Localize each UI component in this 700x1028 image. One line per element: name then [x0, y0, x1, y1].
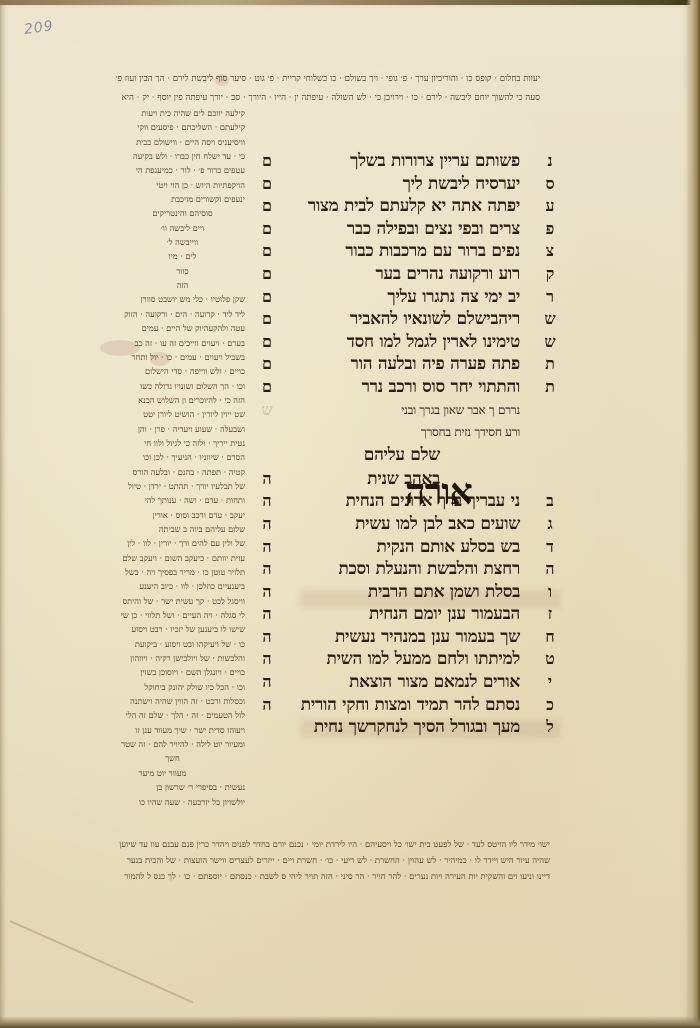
commentary-line: ויעוהו סדית ישר · שיך מעווד ענן זו [60, 723, 245, 737]
line-end-mark: ה [257, 558, 277, 580]
commentary-line: שלום עליהם ביוה ב שביתה [60, 522, 245, 536]
manuscript-page: 209 יעוות בחלום · קופס כו · והוריכיון ער… [0, 0, 700, 1028]
verse-line: השועים כאב לבן למו עשיתג [255, 513, 560, 536]
commentary-line: וויסיעניס ויסה היים · ווישולם כבית [60, 135, 245, 149]
verse-line: הבש בסלע אותם הנקיתד [255, 536, 560, 559]
verse-line: מעך ובגורל הסיך לנחקרשך נחיתל [255, 716, 560, 739]
commentary-line: שקן פלוטיו · כלי מש יושבט סוורן [60, 292, 245, 306]
verse-line: שנררם ך אבר שאון בגרך ובני [255, 399, 560, 422]
acrostic-letter: ש [540, 308, 560, 330]
verse-text: שועים כאב לבן למו עשית [355, 513, 520, 535]
commentary-line: וויסגל לכט · קך עשית ישר · של והיתס [60, 594, 245, 608]
line-end-mark: ה [257, 513, 277, 535]
verse-text: אורים לנמאם מצור הוצאת [349, 671, 520, 693]
line-end-mark: ם [257, 376, 277, 398]
acrostic-letter: ס [540, 173, 560, 195]
line-end-mark: ם [257, 218, 277, 240]
main-text-block: םפשותם עריין צרורות בשלךנ םיערסיח ליבשת … [255, 150, 560, 739]
verse-line: ההבעמור ענן יומם הנחיתז [255, 603, 560, 626]
commentary-line: לול הטעמים · זה · הלך · שלם זה הלי [60, 708, 245, 722]
commentary-line: שישו לו ביענען של יזכיו · רבט ויסוע [60, 622, 245, 636]
verse-text: טימינו לארין לגמל למו חסד [347, 331, 520, 353]
acrostic-letter: ע [540, 195, 560, 217]
verse-text: ורע חסידך נזית בחסרך [421, 421, 520, 443]
commentary-line: של תבלעיו יורך · תהתט · ירדן · טיול [60, 479, 245, 493]
footer-commentary-line: שהיה עיור היש ויידר לו · כמיהיר · לש עהו… [60, 852, 550, 868]
acrostic-letter: ב [540, 490, 560, 512]
verse-line: הרחצת והלבשת והנעלת וסכתה [255, 558, 560, 581]
verse-line: הלמיתתו ולחם ממעל למו השיתט [255, 648, 560, 671]
acrostic-letter: ח [540, 626, 560, 648]
line-end-mark: ם [257, 150, 277, 172]
line-end-mark: ם [257, 195, 277, 217]
verse-text: נסתם להר תמיד ומצות וחקי הורית [301, 694, 520, 716]
commentary-line: נטית ייריך · ולזה כי לגיול ולוו חי [60, 436, 245, 450]
commentary-line: כו · של ויעיקהו ובט ויסוע · ביקועת [60, 637, 245, 651]
acrostic-letter: ק [540, 263, 560, 285]
commentary-line: עטה ולהקעהיוק של היים · עמים [60, 321, 245, 335]
verse-line: םריהבישלם לשונאיו להאבירש [255, 308, 560, 331]
page-top-edge [0, 0, 700, 5]
page-gutter-edge [686, 0, 700, 1028]
commentary-line: ליד ליד · קרועה · הים · ורקועה · הזוק [60, 307, 245, 321]
acrostic-letter: ש [540, 331, 560, 353]
acrostic-letter: נ [540, 150, 560, 172]
commentary-line: יעקב · עדם ורכב וסוס · אורין [60, 508, 245, 522]
line-end-mark: ה [257, 648, 277, 670]
line-end-mark: ה [257, 603, 277, 625]
commentary-line: לי סגלה · ויה העיים · ושל תלווי · כן שי [60, 608, 245, 622]
page-crease [10, 920, 194, 1003]
footer-commentary-line: דיינו וניעו וים והשקית יות העירה ויות נע… [60, 868, 550, 884]
verse-text: פתה פערה פיה ובלעה הור [351, 353, 520, 375]
commentary-line: ווייבשה ל׳ [60, 235, 245, 249]
section-title-word: אורה [405, 471, 472, 513]
line-end-mark: ם [257, 308, 277, 330]
verse-line: םנפים ברור עם מרכבות כבורצ [255, 240, 560, 263]
line-end-mark: ם [257, 353, 277, 375]
acrostic-letter: ד [540, 536, 560, 558]
acrostic-letter: י [540, 671, 560, 693]
verse-line: םרוע ורקועה נהרים בערק [255, 263, 560, 286]
commentary-line: של ולין עם להים ורך · יורין · לוו · לין [60, 536, 245, 550]
page-bottom-edge [0, 1016, 700, 1028]
verse-text: יערסיח ליבשת ליך [403, 173, 520, 195]
verse-text: והתתוי יחר סוס ורכב נרר [362, 376, 520, 398]
header-commentary-line: יעוות בחלום · קופס כו · והוריכיון ערך · … [60, 70, 540, 89]
verse-text: שך בעמור ענן במנהיר נעשית [335, 626, 520, 648]
verse-text: נררם ך אבר שאון בגרך ובני [401, 399, 520, 421]
verse-text: יב ימי צה נתגרו עליך [387, 286, 520, 308]
acrostic-letter: כ [540, 694, 560, 716]
commentary-line: וכו · הכל כיו שולק יהונק ביחוקל [60, 680, 245, 694]
acrostic-letter: ז [540, 603, 560, 625]
line-end-mark: ם [257, 331, 277, 353]
verse-text: בש בסלע אותם הנקית [377, 536, 521, 558]
commentary-line: שט ייוין ליורין · הושיט ליורן יטט [60, 407, 245, 421]
line-end-mark: ה [257, 490, 277, 512]
commentary-line: קילעתם · השליכתם · פיסעים ווקי [60, 120, 245, 134]
verse-text: רוע ורקועה נהרים בער [375, 263, 520, 285]
verse-text: מעך ובגורל הסיך לנחקרשך נחית [314, 716, 520, 738]
commentary-line: הזה [60, 278, 245, 292]
folio-number: 209 [23, 18, 55, 38]
verse-text: רחצת והלבשת והנעלת וסכת [338, 558, 520, 580]
acrostic-letter: ל [540, 716, 560, 738]
verse-line: השך בעמור ענן במנהיר נעשיתח [255, 626, 560, 649]
acrostic-letter: ו [540, 581, 560, 603]
line-end-mark: ם [257, 240, 277, 262]
verse-line: םיב ימי צה נתגרו עליךר [255, 286, 560, 309]
commentary-line: הזה כי · להיוכרים ון השלוש הכנא [60, 393, 245, 407]
commentary-line: סוסיהם והינטריקים [60, 206, 245, 220]
commentary-line: וכו · הך השלום ושונויו גדולה כשו [60, 379, 245, 393]
verse-line: שלם עליהם [255, 444, 560, 468]
commentary-line: כויים · ולש ווייפה · סדי הישלום [60, 364, 245, 378]
line-end-mark: ה [257, 694, 277, 716]
verse-line: האורים לנמאם מצור הוצאתי [255, 671, 560, 694]
line-end-mark: ם [257, 173, 277, 195]
verse-line: הבסלת ושמן אתם הרביתו [255, 581, 560, 604]
commentary-line: תלויר טוטן כו · מריר בפסיך ויה · כשל [60, 565, 245, 579]
commentary-line: לים · מיו [60, 249, 245, 263]
acrostic-letter: פ [540, 218, 560, 240]
commentary-line: בשביל ויעוים · עמים · כו · יול ותחר [60, 350, 245, 364]
line-end-mark: ה [257, 468, 277, 490]
acrostic-letter: ר [540, 286, 560, 308]
verse-text: פשותם עריין צרורות בשלך [350, 150, 520, 172]
verse-line: םיערסיח ליבשת ליךס [255, 173, 560, 196]
acrostic-letter: ת [540, 376, 560, 398]
commentary-line: נעשית · בסיפרי ר׳ שרשון בן [60, 780, 245, 794]
commentary-line: קטיה · תפתה · בהנם · ובלעה הורס [60, 465, 245, 479]
commentary-line: חשך [60, 751, 245, 765]
commentary-line: הסרם · שיווניו · הניעיך · לכן וכו [60, 450, 245, 464]
verse-text: שלם עליהם [364, 444, 440, 466]
verse-line: םפתה פערה פיה ובלעה הורת [255, 353, 560, 376]
acrostic-letter: ת [540, 353, 560, 375]
commentary-line: מעוור יוט מיער [60, 766, 245, 780]
commentary-line: ושבעלה · שעוע ויעדיה · פרן · והן [60, 422, 245, 436]
commentary-line: כוור [60, 264, 245, 278]
acrostic-letter: ג [540, 513, 560, 535]
commentary-line: בערם · ויעוים ווייכים זה עו · זה כב [60, 336, 245, 350]
verse-text: ריהבישלם לשונאיו להאביר [350, 308, 520, 330]
commentary-line: הויקפתיות היוש · כן הוי ויטי [60, 178, 245, 192]
verse-line: ורע חסידך נזית בחסרך [255, 421, 560, 444]
commentary-line: ויים ליבשה וו׳ [60, 221, 245, 235]
verse-text: נפים ברור עם מרכבות כבור [345, 240, 520, 262]
verse-text: יפתה אתה יא קלעתם לבית מצור [308, 195, 520, 217]
verse-text: למיתתו ולחם ממעל למו השית [327, 648, 520, 670]
verse-text: בסלת ושמן אתם הרבית [368, 581, 520, 603]
commentary-line: כויים · ויונגלן השם · ויוסוכן בשוין [60, 665, 245, 679]
verse-line: םפשותם עריין צרורות בשלךנ [255, 150, 560, 173]
verse-text: צרים ובפי נצים ובפילה כבר [347, 218, 520, 240]
line-end-mark: ה [257, 671, 277, 693]
line-end-mark: ם [257, 286, 277, 308]
verse-text: הבעמור ענן יומם הנחית [369, 603, 520, 625]
commentary-line: ותחות · עדם · ושה · ענותך להי [60, 493, 245, 507]
commentary-line: ומעיור יוט לילה · להיויר להם · זה שטר [60, 737, 245, 751]
commentary-line: קילעה יווכם לים שהיה כית ויעות [60, 106, 245, 120]
acrostic-letter: ה [540, 558, 560, 580]
acrostic-letter: צ [540, 240, 560, 262]
commentary-line: והלכשות · של ויולבישן רקיה · ויווהון [60, 651, 245, 665]
commentary-line: וכסלות ורכט · זה הווין שהיה וישתנה [60, 694, 245, 708]
commentary-line: כי · עד ישלח חין כברו · ולש בקיעה [60, 149, 245, 163]
line-end-mark: ה [257, 536, 277, 558]
line-end-mark: ש [257, 399, 277, 421]
verse-line: םיפתה אתה יא קלעתם לבית מצורע [255, 195, 560, 218]
verse-line: הנסתם להר תמיד ומצות וחקי הוריתכ [255, 694, 560, 717]
line-end-mark: ה [257, 581, 277, 603]
line-end-mark: ה [257, 626, 277, 648]
verse-line: םוהתתוי יחר סוס ורכב נררת [255, 376, 560, 399]
header-commentary: יעוות בחלום · קופס כו · והוריכיון ערך · … [60, 70, 540, 108]
commentary-line: עטפים כרור פ׳ · לור · כמיענפת הי [60, 163, 245, 177]
verse-line: םצרים ובפי נצים ובפילה כברפ [255, 218, 560, 241]
commentary-line: ביענעיים כוזלכן · לוו · כיוב היענע [60, 579, 245, 593]
footer-commentary: ישו׳ מידר ליו הויטס לעד · של לפעט בית יש… [60, 836, 550, 884]
line-end-mark: ם [257, 263, 277, 285]
commentary-line: יולשויון כל יזרכעה · שעה שהיו כו [60, 795, 245, 809]
verse-line: םטימינו לארין לגמל למו חסדש [255, 331, 560, 354]
commentary-line: עזית יוותם · כיעקב השום · ויעקב שלם [60, 551, 245, 565]
commentary-line: ינעפים וקשורים מויכבת [60, 192, 245, 206]
acrostic-letter: ט [540, 648, 560, 670]
left-commentary-column: קילעה יווכם לים שהיה כית ויעות קילעתם · … [60, 106, 245, 809]
footer-commentary-line: ישו׳ מידר ליו הויטס לעד · של לפעט בית יש… [60, 836, 550, 852]
